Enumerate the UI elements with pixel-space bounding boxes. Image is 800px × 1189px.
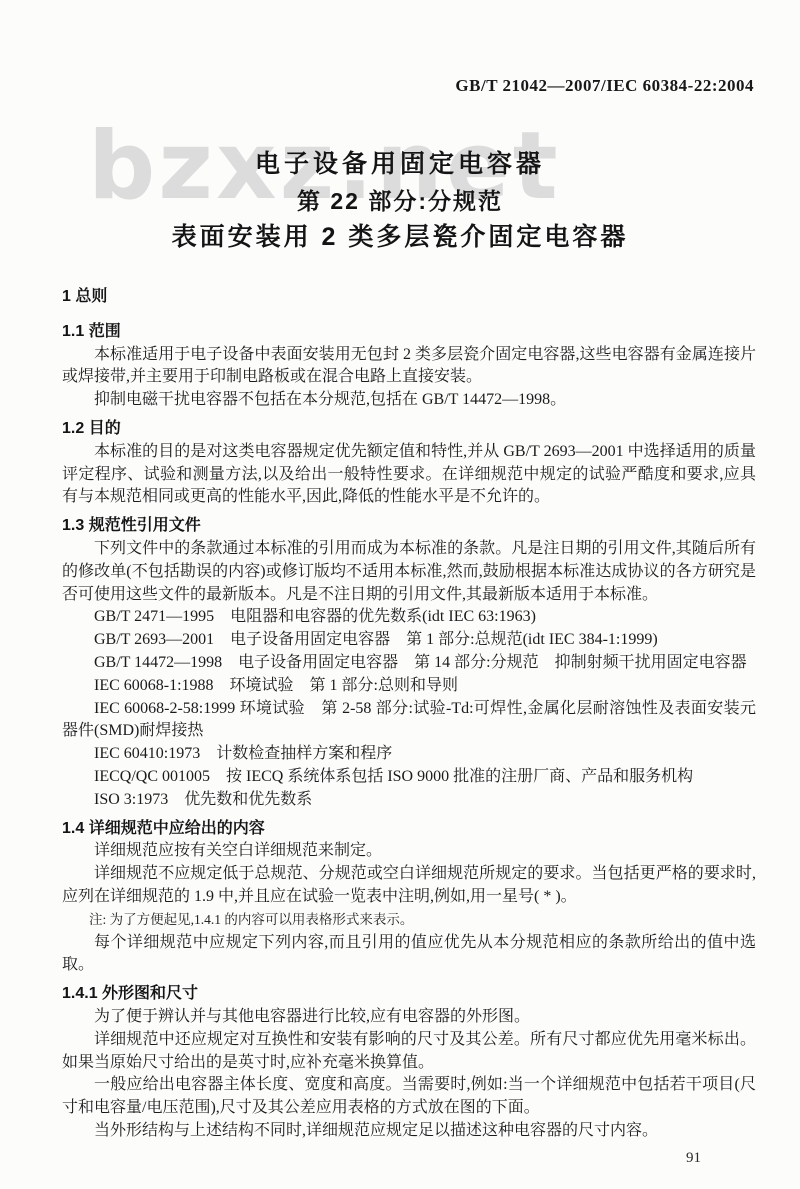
paragraph: 本标准的目的是对这类电容器规定优先额定值和特性,并从 GB/T 2693—200… (62, 441, 756, 509)
reference-item: IEC 60410:1973 计数检查抽样方案和程序 (62, 743, 756, 766)
standard-code: GB/T 21042—2007/IEC 60384-22:2004 (455, 76, 754, 96)
doc-title-line-2: 第 22 部分:分规范 (0, 183, 800, 219)
paragraph: 详细规范不应规定低于总规范、分规范或空白详细规范所规定的要求。当包括更严格的要求… (62, 863, 756, 909)
section-1-heading: 1 总则 (62, 286, 756, 309)
paragraph: 下列文件中的条款通过本标准的引用而成为本标准的条款。凡是注日期的引用文件,其随后… (62, 538, 756, 606)
section-1-3-heading: 1.3 规范性引用文件 (62, 515, 756, 538)
paragraph: 详细规范应按有关空白详细规范来制定。 (62, 840, 756, 863)
reference-item: ISO 3:1973 优先数和优先数系 (62, 789, 756, 812)
reference-item: GB/T 2471—1995 电阻器和电容器的优先数系(idt IEC 63:1… (62, 606, 756, 629)
note-text: 注: 为了方便起见,1.4.1 的内容可以用表格形式来表示。 (62, 909, 756, 932)
reference-item: GB/T 2693—2001 电子设备用固定电容器 第 1 部分:总规范(idt… (62, 629, 756, 652)
section-1-2-heading: 1.2 目的 (62, 418, 756, 441)
section-1-1-heading: 1.1 范围 (62, 321, 756, 344)
reference-list: GB/T 2471—1995 电阻器和电容器的优先数系(idt IEC 63:1… (62, 606, 756, 811)
section-1-4-heading: 1.4 详细规范中应给出的内容 (62, 818, 756, 841)
paragraph: 一般应给出电容器主体长度、宽度和高度。当需要时,例如:当一个详细规范中包括若干项… (62, 1074, 756, 1120)
paragraph: 每个详细规范中应规定下列内容,而且引用的值应优先从本分规范相应的条款所给出的值中… (62, 932, 756, 978)
document-title: 电子设备用固定电容器 第 22 部分:分规范 表面安装用 2 类多层瓷介固定电容… (0, 146, 800, 256)
document-page: GB/T 21042—2007/IEC 60384-22:2004 bzxz.n… (0, 0, 800, 1189)
paragraph: 本标准适用于电子设备中表面安装用无包封 2 类多层瓷介固定电容器,这些电容器有金… (62, 344, 756, 390)
section-1-4-1-heading: 1.4.1 外形图和尺寸 (62, 983, 756, 1006)
reference-item: GB/T 14472—1998 电子设备用固定电容器 第 14 部分:分规范 抑… (62, 652, 756, 675)
page-number: 91 (686, 1150, 701, 1167)
doc-title-line-3: 表面安装用 2 类多层瓷介固定电容器 (0, 219, 800, 256)
reference-item: IECQ/QC 001005 按 IECQ 系统体系包括 ISO 9000 批准… (62, 766, 756, 789)
paragraph: 抑制电磁干扰电容器不包括在本分规范,包括在 GB/T 14472—1998。 (62, 389, 756, 412)
paragraph: 当外形结构与上述结构不同时,详细规范应规定足以描述这种电容器的尺寸内容。 (62, 1120, 756, 1143)
document-body: 1 总则 1.1 范围 本标准适用于电子设备中表面安装用无包封 2 类多层瓷介固… (62, 286, 756, 1143)
doc-title-line-1: 电子设备用固定电容器 (0, 146, 800, 183)
paragraph: 详细规范中还应规定对互换性和安装有影响的尺寸及其公差。所有尺寸都应优先用毫米标出… (62, 1029, 756, 1075)
reference-item: IEC 60068-1:1988 环境试验 第 1 部分:总则和导则 (62, 675, 756, 698)
reference-item: IEC 60068-2-58:1999 环境试验 第 2-58 部分:试验-Td… (62, 698, 756, 744)
paragraph: 为了便于辨认并与其他电容器进行比较,应有电容器的外形图。 (62, 1006, 756, 1029)
